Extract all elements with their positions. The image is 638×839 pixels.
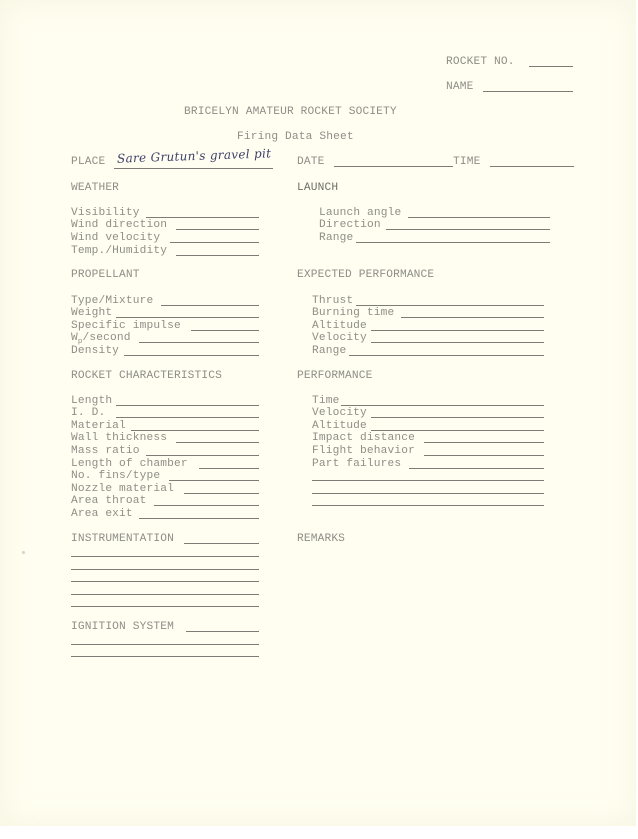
expected-burning-time-field[interactable]: [401, 317, 544, 318]
rc-length-field[interactable]: [116, 405, 259, 406]
rc-area-throat-label: Area throat: [71, 495, 147, 508]
rc-nozzle-material-field[interactable]: [184, 493, 259, 494]
place-label: PLACE: [71, 156, 105, 169]
launch-angle-field[interactable]: [408, 217, 550, 218]
perf-extra-line-3[interactable]: [312, 505, 544, 506]
expected-performance-heading: EXPECTED PERFORMANCE: [297, 269, 434, 282]
rc-length-of-chamber-label: Length of chamber: [71, 458, 188, 471]
perf-time-label: Time: [312, 395, 339, 408]
rc-area-throat-field[interactable]: [154, 505, 259, 506]
firing-data-sheet: ROCKET NO. NAME BRICELYN AMATEUR ROCKET …: [0, 0, 636, 826]
expected-burning-time-label: Burning time: [312, 307, 394, 320]
rc-material-label: Material: [71, 420, 126, 433]
weather-heading: WEATHER: [71, 182, 119, 195]
perf-flight-behavior-field[interactable]: [424, 455, 544, 456]
time-field[interactable]: [490, 166, 574, 167]
perf-part-failures-field[interactable]: [409, 468, 544, 469]
instrumentation-field-2[interactable]: [71, 556, 259, 557]
perf-velocity-label: Velocity: [312, 407, 367, 420]
rc-fins-type-label: No. fins/type: [71, 470, 160, 483]
expected-range-field[interactable]: [349, 355, 544, 356]
perf-impact-distance-field[interactable]: [424, 442, 544, 443]
time-label: TIME: [453, 156, 480, 169]
expected-altitude-field[interactable]: [371, 330, 544, 331]
propellant-type-mixture-label: Type/Mixture: [71, 295, 153, 308]
sheet-title: Firing Data Sheet: [237, 131, 354, 144]
rocket-no-field[interactable]: [529, 66, 573, 67]
launch-range-field[interactable]: [356, 242, 550, 243]
weather-visibility-label: Visibility: [71, 207, 140, 220]
weather-visibility-field[interactable]: [146, 217, 259, 218]
propellant-density-label: Density: [71, 345, 119, 358]
expected-velocity-field[interactable]: [371, 342, 544, 343]
rc-area-exit-label: Area exit: [71, 508, 133, 521]
weather-wind-velocity-field[interactable]: [170, 242, 259, 243]
perf-part-failures-label: Part failures: [312, 458, 401, 471]
perf-flight-behavior-label: Flight behavior: [312, 445, 415, 458]
instrumentation-heading: INSTRUMENTATION: [71, 533, 174, 546]
rc-fins-type-field[interactable]: [169, 480, 259, 481]
launch-direction-label: Direction: [319, 219, 381, 232]
weather-wind-direction-field[interactable]: [176, 229, 259, 230]
propellant-heading: PROPELLANT: [71, 269, 140, 282]
rc-material-field[interactable]: [131, 430, 259, 431]
propellant-weight-field[interactable]: [116, 317, 259, 318]
expected-thrust-field[interactable]: [356, 305, 544, 306]
weather-temp-humidity-label: Temp./Humidity: [71, 245, 167, 258]
weather-wind-velocity-label: Wind velocity: [71, 232, 160, 245]
rc-wall-thickness-label: Wall thickness: [71, 432, 167, 445]
organization-name: BRICELYN AMATEUR ROCKET SOCIETY: [184, 106, 397, 119]
name-label: NAME: [446, 81, 473, 94]
paper-mark: [22, 551, 25, 554]
expected-velocity-label: Velocity: [312, 332, 367, 345]
date-field[interactable]: [334, 166, 453, 167]
propellant-type-mixture-field[interactable]: [161, 305, 259, 306]
ignition-system-field-3[interactable]: [71, 656, 259, 657]
place-field[interactable]: [114, 168, 273, 169]
rocket-no-label: ROCKET NO.: [446, 56, 515, 69]
date-label: DATE: [297, 156, 324, 169]
instrumentation-field-3[interactable]: [71, 569, 259, 570]
rc-id-label: I. D.: [71, 407, 105, 420]
perf-impact-distance-label: Impact distance: [312, 432, 415, 445]
rc-wall-thickness-field[interactable]: [176, 442, 259, 443]
launch-direction-field[interactable]: [386, 229, 550, 230]
rc-id-field[interactable]: [116, 417, 259, 418]
launch-range-label: Range: [319, 232, 353, 245]
rc-area-exit-field[interactable]: [139, 518, 259, 519]
weather-wind-direction-label: Wind direction: [71, 219, 167, 232]
weather-temp-humidity-field[interactable]: [176, 255, 259, 256]
expected-thrust-label: Thrust: [312, 295, 353, 308]
perf-altitude-label: Altitude: [312, 420, 367, 433]
propellant-density-field[interactable]: [124, 355, 259, 356]
rocket-characteristics-heading: ROCKET CHARACTERISTICS: [71, 370, 222, 383]
expected-altitude-label: Altitude: [312, 320, 367, 333]
performance-heading: PERFORMANCE: [297, 370, 373, 383]
instrumentation-field-4[interactable]: [71, 581, 259, 582]
launch-angle-label: Launch angle: [319, 207, 401, 220]
place-value: Sare Grutun's gravel pit: [117, 146, 272, 165]
name-field[interactable]: [483, 91, 573, 92]
perf-altitude-field[interactable]: [371, 430, 544, 431]
perf-velocity-field[interactable]: [371, 417, 544, 418]
rc-mass-ratio-label: Mass ratio: [71, 445, 140, 458]
ignition-system-heading: IGNITION SYSTEM: [71, 621, 174, 634]
propellant-specific-impulse-field[interactable]: [191, 330, 259, 331]
perf-extra-line-2[interactable]: [312, 493, 544, 494]
ignition-system-field-1[interactable]: [186, 631, 259, 632]
propellant-weight-label: Weight: [71, 307, 112, 320]
propellant-specific-impulse-label: Specific impulse: [71, 320, 181, 333]
instrumentation-field-5[interactable]: [71, 594, 259, 595]
expected-range-label: Range: [312, 345, 346, 358]
perf-extra-line-1[interactable]: [312, 480, 544, 481]
instrumentation-field-6[interactable]: [71, 606, 259, 607]
perf-time-field[interactable]: [341, 405, 544, 406]
remarks-heading: REMARKS: [297, 533, 345, 546]
rc-length-of-chamber-field[interactable]: [199, 468, 259, 469]
rc-nozzle-material-label: Nozzle material: [71, 483, 174, 496]
rc-length-label: Length: [71, 395, 112, 408]
propellant-wp-second-field[interactable]: [139, 342, 259, 343]
ignition-system-field-2[interactable]: [71, 644, 259, 645]
instrumentation-field-1[interactable]: [184, 543, 259, 544]
rc-mass-ratio-field[interactable]: [146, 455, 259, 456]
launch-heading: LAUNCH: [297, 182, 338, 195]
